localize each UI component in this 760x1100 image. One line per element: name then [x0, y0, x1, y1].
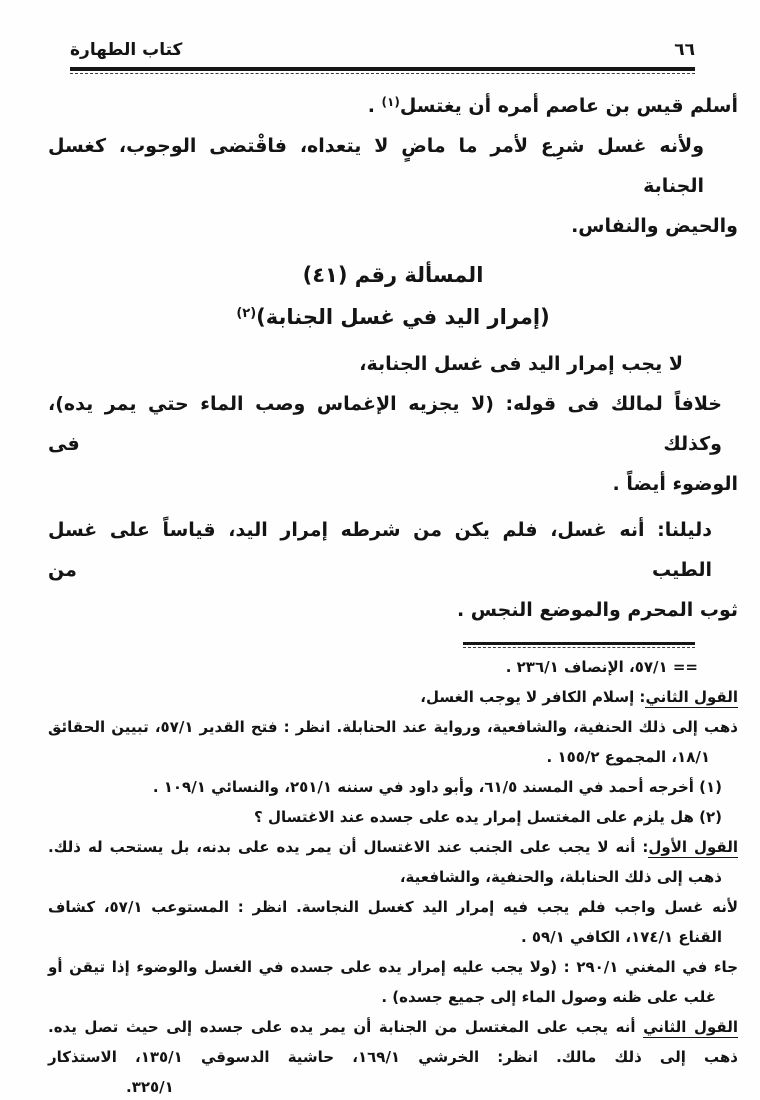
page-number: ٦٦ [674, 38, 695, 62]
header-rule [70, 67, 695, 71]
footnote-line: ١٨/١، المجموع ١٥٥/٢ . [48, 742, 738, 772]
body-line: لا يجب إمرار اليد فى غسل الجنابة، [48, 344, 738, 384]
footnote-line: ذهب إلى ذلك الحنفية، والشافعية، ورواية ع… [48, 712, 738, 742]
body-line: دليلنا: أنه غسل، فلم يكن من شرطه إمرار ا… [48, 510, 738, 590]
book-page: كتاب الطهارة ٦٦ أسلم قيس بن عاصم أمره أن… [0, 0, 760, 1100]
issue-title-text: (إمرار اليد في غسل الجنابة) [256, 305, 550, 329]
opinion-label-underlined: القول الثاني [643, 1018, 738, 1038]
footnote-line-text: : إسلام الكافر لا يوجب الغسل، [420, 688, 645, 706]
footnote-separator-rule [463, 642, 695, 645]
opinion-label-underlined: القول الثاني [645, 688, 738, 708]
footnote-line-text: : أنه لا يجب على الجنب عند الاغتسال أن ي… [48, 838, 648, 856]
footnote-line-text: أنه يجب على المغتسل من الجنابة أن يمر يد… [48, 1018, 643, 1036]
opinion-label-underlined: القول الأول [648, 838, 738, 858]
body-line: والحيض والنفاس. [48, 206, 738, 246]
header-rule-dashed [70, 73, 695, 74]
footnote-continuation-line: == ٥٧/١، الإنصاف ٢٣٦/١ . [48, 652, 738, 682]
footnote-line: القول الثاني أنه يجب على المغتسل من الجن… [48, 1012, 738, 1042]
body-line: ولأنه غسل شرِع لأمر ما ماضٍ لا يتعداه، ف… [48, 126, 738, 206]
body-line: خلافاً لمالك فى قوله: (لا يجزيه الإغماس … [48, 384, 738, 464]
footnotes-section: == ٥٧/١، الإنصاف ٢٣٦/١ . القول الثاني: إ… [48, 652, 738, 1100]
body-text: أسلم قيس بن عاصم أمره أن يغتسل(١) . ولأن… [48, 86, 738, 630]
footnote-ref-2: (٢) [236, 306, 256, 321]
body-line-text: أسلم قيس بن عاصم أمره أن يغتسل [400, 95, 738, 117]
footnote-line: ٣٢٥/١. [48, 1072, 738, 1100]
footnote-line: القول الأول: أنه لا يجب على الجنب عند ال… [48, 832, 738, 862]
section-heading: المسألة رقم (٤١) (إمرار اليد في غسل الجن… [48, 254, 738, 338]
issue-title-heading: (إمرار اليد في غسل الجنابة)(٢) [48, 296, 738, 338]
page-header: كتاب الطهارة ٦٦ [70, 38, 695, 62]
footnote-item-2: (٢) هل يلزم على المغتسل إمرار يده على جس… [48, 802, 738, 832]
book-title: كتاب الطهارة [70, 38, 182, 62]
footnote-line: ذهب إلى ذلك مالك. انظر: الخرشي ١٦٩/١، حا… [48, 1042, 738, 1072]
footnote-line: لأنه غسل واجب فلم يجب فيه إمرار اليد كغس… [48, 892, 738, 922]
issue-number-heading: المسألة رقم (٤١) [48, 254, 738, 296]
footnote-line: القناع ١٧٤/١، الكافي ٥٩/١ . [48, 922, 738, 952]
body-line: أسلم قيس بن عاصم أمره أن يغتسل(١) . [48, 86, 738, 126]
body-line: ثوب المحرم والموضع النجس . [48, 590, 738, 630]
footnote-line: ذهب إلى ذلك الحنابلة، والحنفية، والشافعي… [48, 862, 738, 892]
footnote-line: غلب على ظنه وصول الماء إلى جميع جسده) . [48, 982, 738, 1012]
footnote-line: جاء في المغني ٢٩٠/١ : (ولا يجب عليه إمرا… [48, 952, 738, 982]
footnote-item-1: (١) أخرجه أحمد في المسند ٦١/٥، وأبو داود… [48, 772, 738, 802]
footnote-ref-1: (١) [382, 95, 400, 109]
body-line: الوضوء أيضاً . [48, 464, 738, 504]
body-line-tail: . [368, 95, 382, 117]
footnote-line: القول الثاني: إسلام الكافر لا يوجب الغسل… [48, 682, 738, 712]
footnote-separator-dashed [463, 647, 695, 648]
footnote-separator [463, 642, 695, 648]
